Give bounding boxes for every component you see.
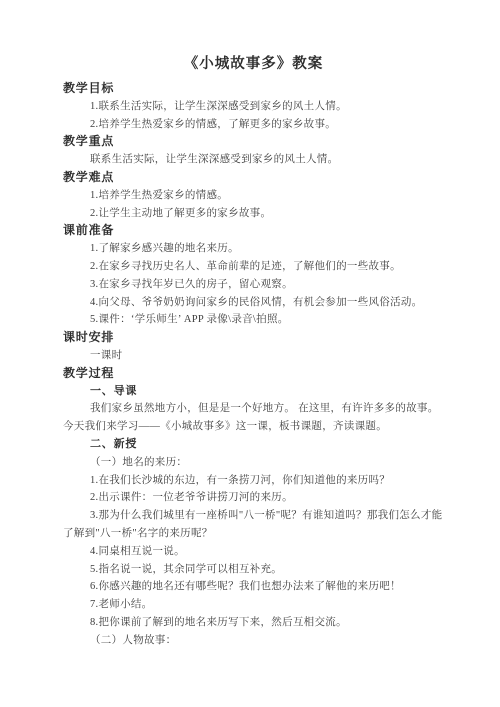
text-line: 联系生活实际，让学生深深感受到家乡的风土人情。 (63, 151, 444, 169)
document-title: 《小城故事多》教案 (63, 52, 444, 76)
text-line: 2.让学生主动地了解更多的家乡故事。 (63, 205, 444, 223)
section-heading: 教学重点 (63, 133, 444, 151)
text-line: 一课时 (63, 347, 444, 365)
text-line: 6.你感兴趣的地名还有哪些呢？我们也想办法来了解他的来历吧！ (63, 578, 444, 596)
text-line: 5.课件：‘学乐师生’ APP 录像\录音\拍照。 (63, 311, 444, 329)
text-line: 3.那为什么我们城里有一座桥叫"八一桥"呢？有谁知道吗？那我们怎么才能了解到"八… (63, 507, 444, 543)
text-line: 4.向父母、爷爷奶奶询问家乡的民俗风情，有机会参加一些风俗活动。 (63, 294, 444, 312)
text-line: 1.了解家乡感兴趣的地名来历。 (63, 240, 444, 258)
text-line: 2.培养学生热爱家乡的情感，了解更多的家乡故事。 (63, 116, 444, 134)
section-heading: 教学目标 (63, 80, 444, 98)
document-page: 《小城故事多》教案 教学目标1.联系生活实际，让学生深深感受到家乡的风土人情。2… (0, 0, 500, 707)
text-line: 我们家乡虽然地方小，但是是一个好地方。 在这里，有许许多多的故事。今天我们来学习… (63, 400, 444, 436)
text-line: 2.在家乡寻找历史名人、革命前辈的足迹，了解他们的一些故事。 (63, 258, 444, 276)
text-line: 1.培养学生热爱家乡的情感。 (63, 187, 444, 205)
text-line: （二）人物故事： (63, 632, 444, 650)
text-line: 4.同桌相互说一说。 (63, 543, 444, 561)
text-line: 3.在家乡寻找年岁已久的房子，留心观察。 (63, 276, 444, 294)
section-heading: 教学过程 (63, 365, 444, 383)
text-line: （一）地名的来历： (63, 454, 444, 472)
text-line: 5.指名说一说，其余同学可以相互补充。 (63, 561, 444, 579)
document-body: 教学目标1.联系生活实际，让学生深深感受到家乡的风土人情。2.培养学生热爱家乡的… (63, 80, 444, 650)
text-line: 7.老师小结。 (63, 596, 444, 614)
section-heading: 课前准备 (63, 222, 444, 240)
text-line: 1.在我们长沙城的东边，有一条捞刀河，你们知道他的来历吗？ (63, 472, 444, 490)
subsection-heading: 二、新授 (63, 436, 444, 454)
text-line: 1.联系生活实际，让学生深深感受到家乡的风土人情。 (63, 98, 444, 116)
section-heading: 教学难点 (63, 169, 444, 187)
section-heading: 课时安排 (63, 329, 444, 347)
text-line: 8.把你课前了解到的地名来历写下来，然后互相交流。 (63, 614, 444, 632)
subsection-heading: 一、导课 (63, 383, 444, 401)
text-line: 2.出示课件：一位老爷爷讲捞刀河的来历。 (63, 489, 444, 507)
